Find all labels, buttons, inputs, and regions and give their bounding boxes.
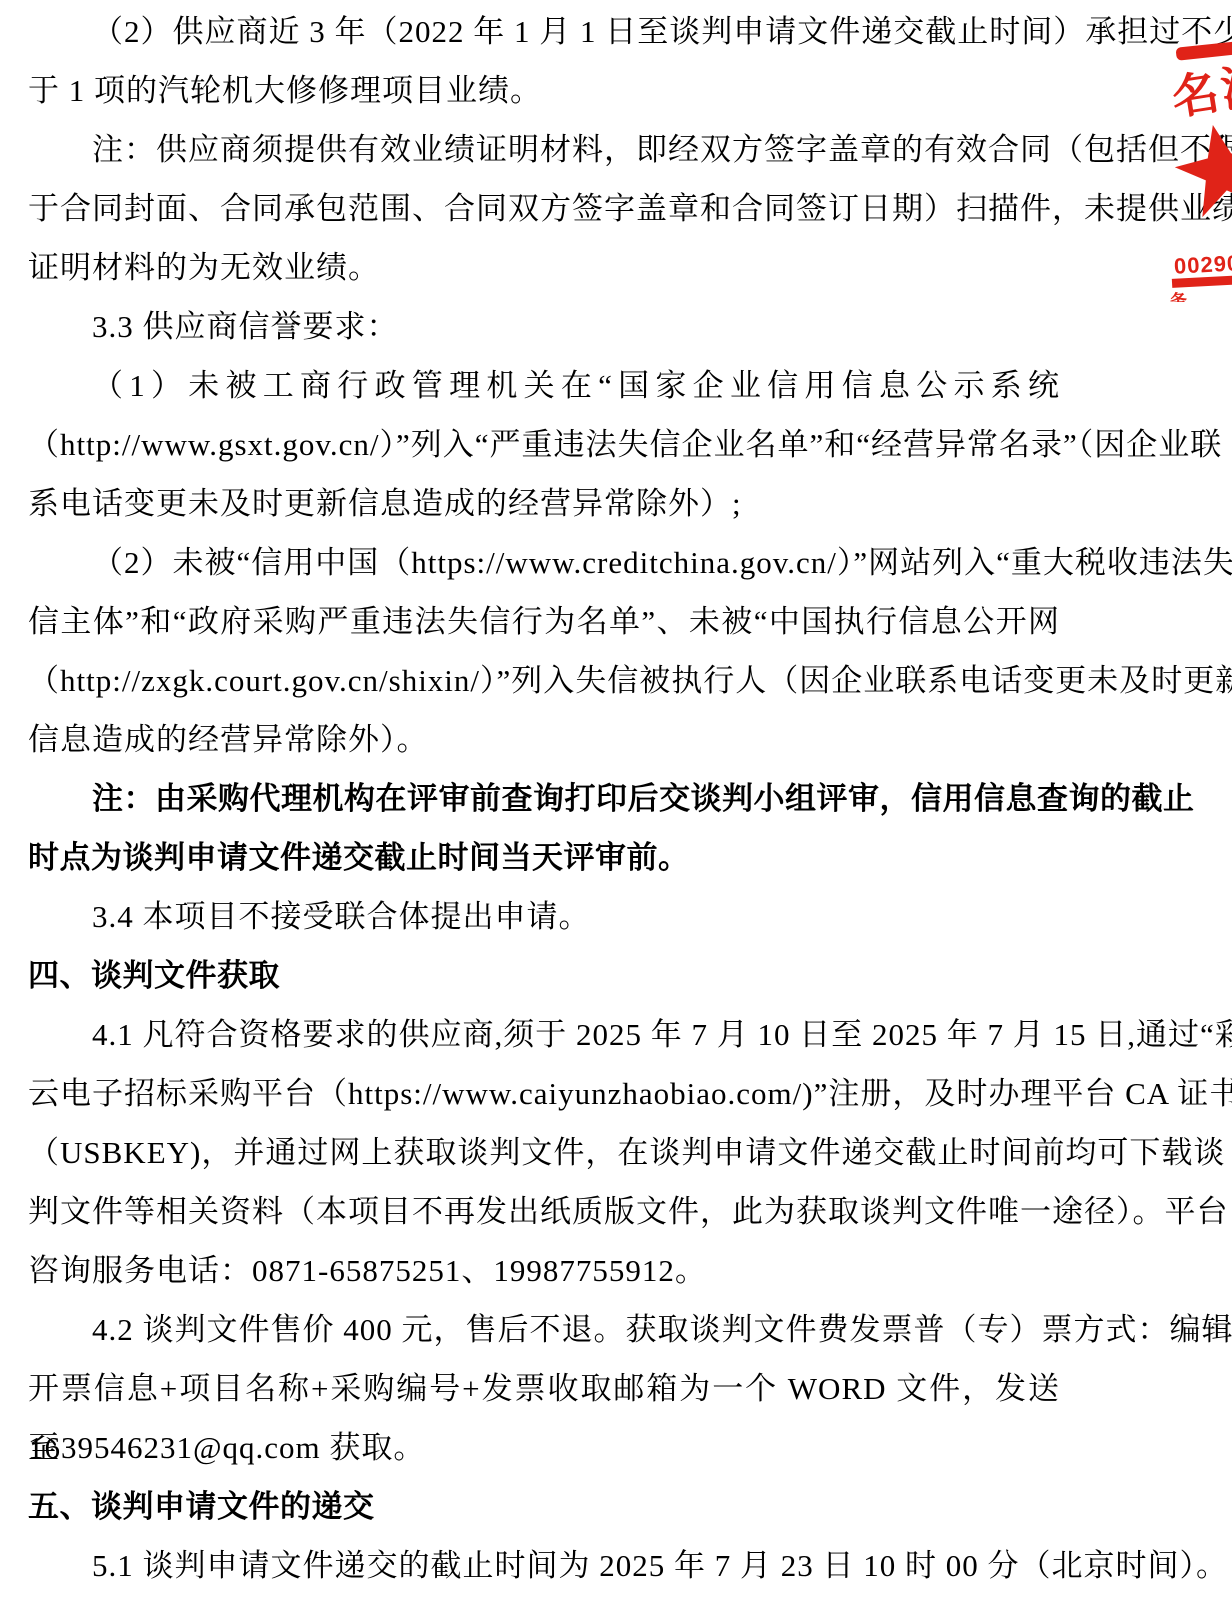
doc-line-section-4-1: 4.1 凡符合资格要求的供应商,须于 2025 年 7 月 10 日至 2025… (28, 1005, 1060, 1064)
doc-line-section-5-1: 5.1 谈判申请文件递交的截止时间为 2025 年 7 月 23 日 10 时 … (28, 1536, 1060, 1595)
doc-line: 信主体”和“政府采购严重违法失信行为名单”、未被“中国执行信息公开网 (28, 592, 1060, 651)
doc-line-note-bold: 注：由采购代理机构在评审前查询打印后交谈判小组评审，信用信息查询的截止 (28, 769, 1060, 828)
doc-line: 判文件等相关资料（本项目不再发出纸质版文件，此为获取谈判文件唯一途径）。平台 (28, 1182, 1060, 1241)
doc-line: 信息造成的经营异常除外）。 (28, 710, 1060, 769)
doc-line: 系电话变更未及时更新信息造成的经营异常除外）; (28, 474, 1060, 533)
doc-line: （1）未被工商行政管理机关在“国家企业信用信息公示系统 (28, 356, 1060, 415)
doc-line: （http://zxgk.court.gov.cn/shixin/）”列入失信被… (28, 651, 1060, 710)
doc-line: 于 1 项的汽轮机大修修理项目业绩。 (28, 61, 1060, 120)
section-heading-5: 五、谈判申请文件的递交 (28, 1477, 1060, 1536)
doc-line: （USBKEY)，并通过网上获取谈判文件，在谈判申请文件递交截止时间前均可下载谈 (28, 1123, 1060, 1182)
doc-line-section-3-4: 3.4 本项目不接受联合体提出申请。 (28, 887, 1060, 946)
doc-line-note-bold: 时点为谈判申请文件递交截止时间当天评审前。 (28, 828, 1060, 887)
official-seal-stamp: 名海 00290 务 (1144, 40, 1232, 302)
stamp-star-icon (1168, 115, 1232, 220)
section-heading-4: 四、谈判文件获取 (28, 946, 1060, 1005)
document-body: （2）供应商近 3 年（2022 年 1 月 1 日至谈判申请文件递交截止时间）… (28, 2, 1060, 1595)
doc-line: 开票信息+项目名称+采购编号+发票收取邮箱为一个 WORD 文件，发送至 (28, 1359, 1060, 1418)
doc-line: 证明材料的为无效业绩。 (28, 238, 1060, 297)
doc-line: 于合同封面、合同承包范围、合同双方签字盖章和合同签订日期）扫描件，未提供业绩 (28, 179, 1060, 238)
doc-line-section-3-3: 3.3 供应商信誉要求： (28, 297, 1060, 356)
doc-line: 注：供应商须提供有效业绩证明材料，即经双方签字盖章的有效合同（包括但不限 (28, 120, 1060, 179)
doc-line: （2）供应商近 3 年（2022 年 1 月 1 日至谈判申请文件递交截止时间）… (28, 2, 1060, 61)
stamp-characters: 名海 (1166, 47, 1232, 129)
doc-line: 云电子招标采购平台（https://www.caiyunzhaobiao.com… (28, 1064, 1060, 1123)
doc-line-email: 1639546231@qq.com 获取。 (28, 1418, 1060, 1477)
doc-line: （http://www.gsxt.gov.cn/）”列入“严重违法失信企业名单”… (28, 415, 1060, 474)
doc-line: （2）未被“信用中国（https://www.creditchina.gov.c… (28, 533, 1060, 592)
stamp-bottom-text: 务 (1169, 285, 1203, 302)
doc-line-phone: 咨询服务电话：0871-65875251、19987755912。 (28, 1241, 1060, 1300)
doc-line-section-4-2: 4.2 谈判文件售价 400 元，售后不退。获取谈判文件费发票普（专）票方式：编… (28, 1300, 1060, 1359)
